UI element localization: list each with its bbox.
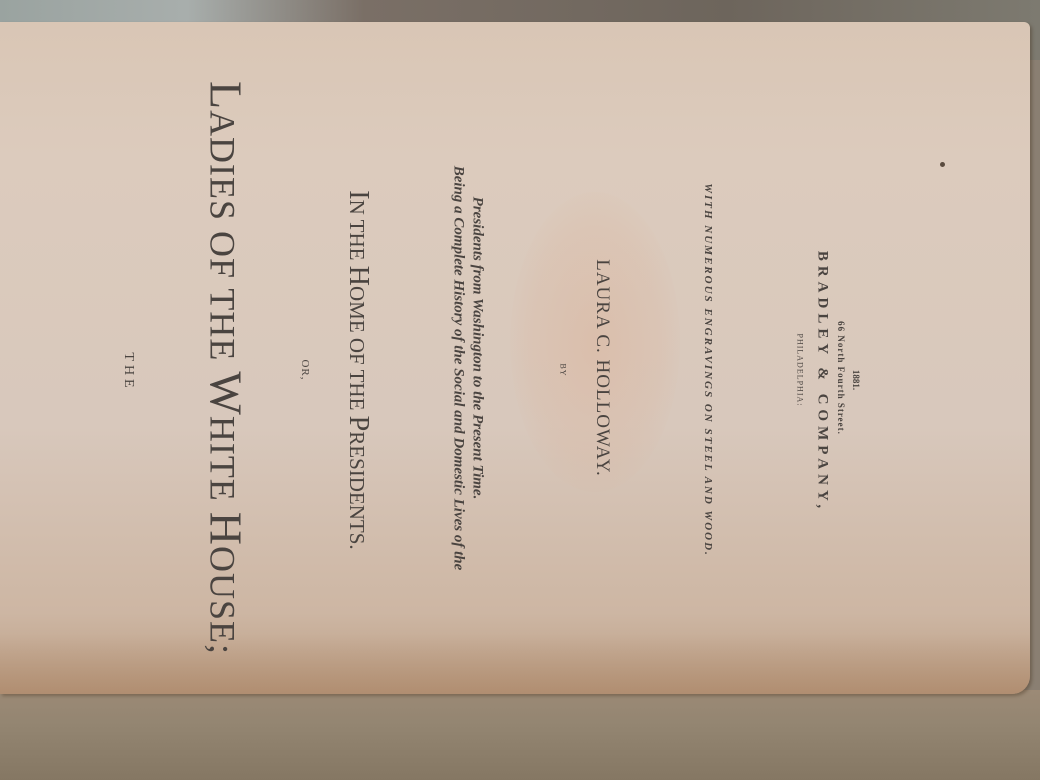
by-label: BY <box>559 363 568 376</box>
publisher-name: BRADLEY & COMPANY, <box>814 251 831 513</box>
or-separator: OR, <box>299 359 311 380</box>
main-title: LADIES OF THE WHITE HOUSE; <box>200 81 253 655</box>
facing-page-edge <box>0 690 1040 780</box>
description-line-1: Being a Complete History of the Social a… <box>450 166 467 571</box>
title-article: THE <box>120 352 136 391</box>
author-name: LAURA C. HOLLOWAY. <box>591 259 613 477</box>
ink-speck <box>940 162 945 167</box>
publication-year: 1881. <box>851 370 861 390</box>
subtitle: IN THE HOME OF THE PRESIDENTS. <box>342 190 374 549</box>
publisher-address: 66 North Fourth Street. <box>836 321 846 435</box>
engravings-note: WITH NUMEROUS ENGRAVINGS ON STEEL AND WO… <box>702 183 714 557</box>
title-page <box>0 22 1030 694</box>
publisher-city: PHILADELPHIA: <box>796 334 805 407</box>
description-line-2: Presidents from Washington to the Presen… <box>469 197 486 500</box>
